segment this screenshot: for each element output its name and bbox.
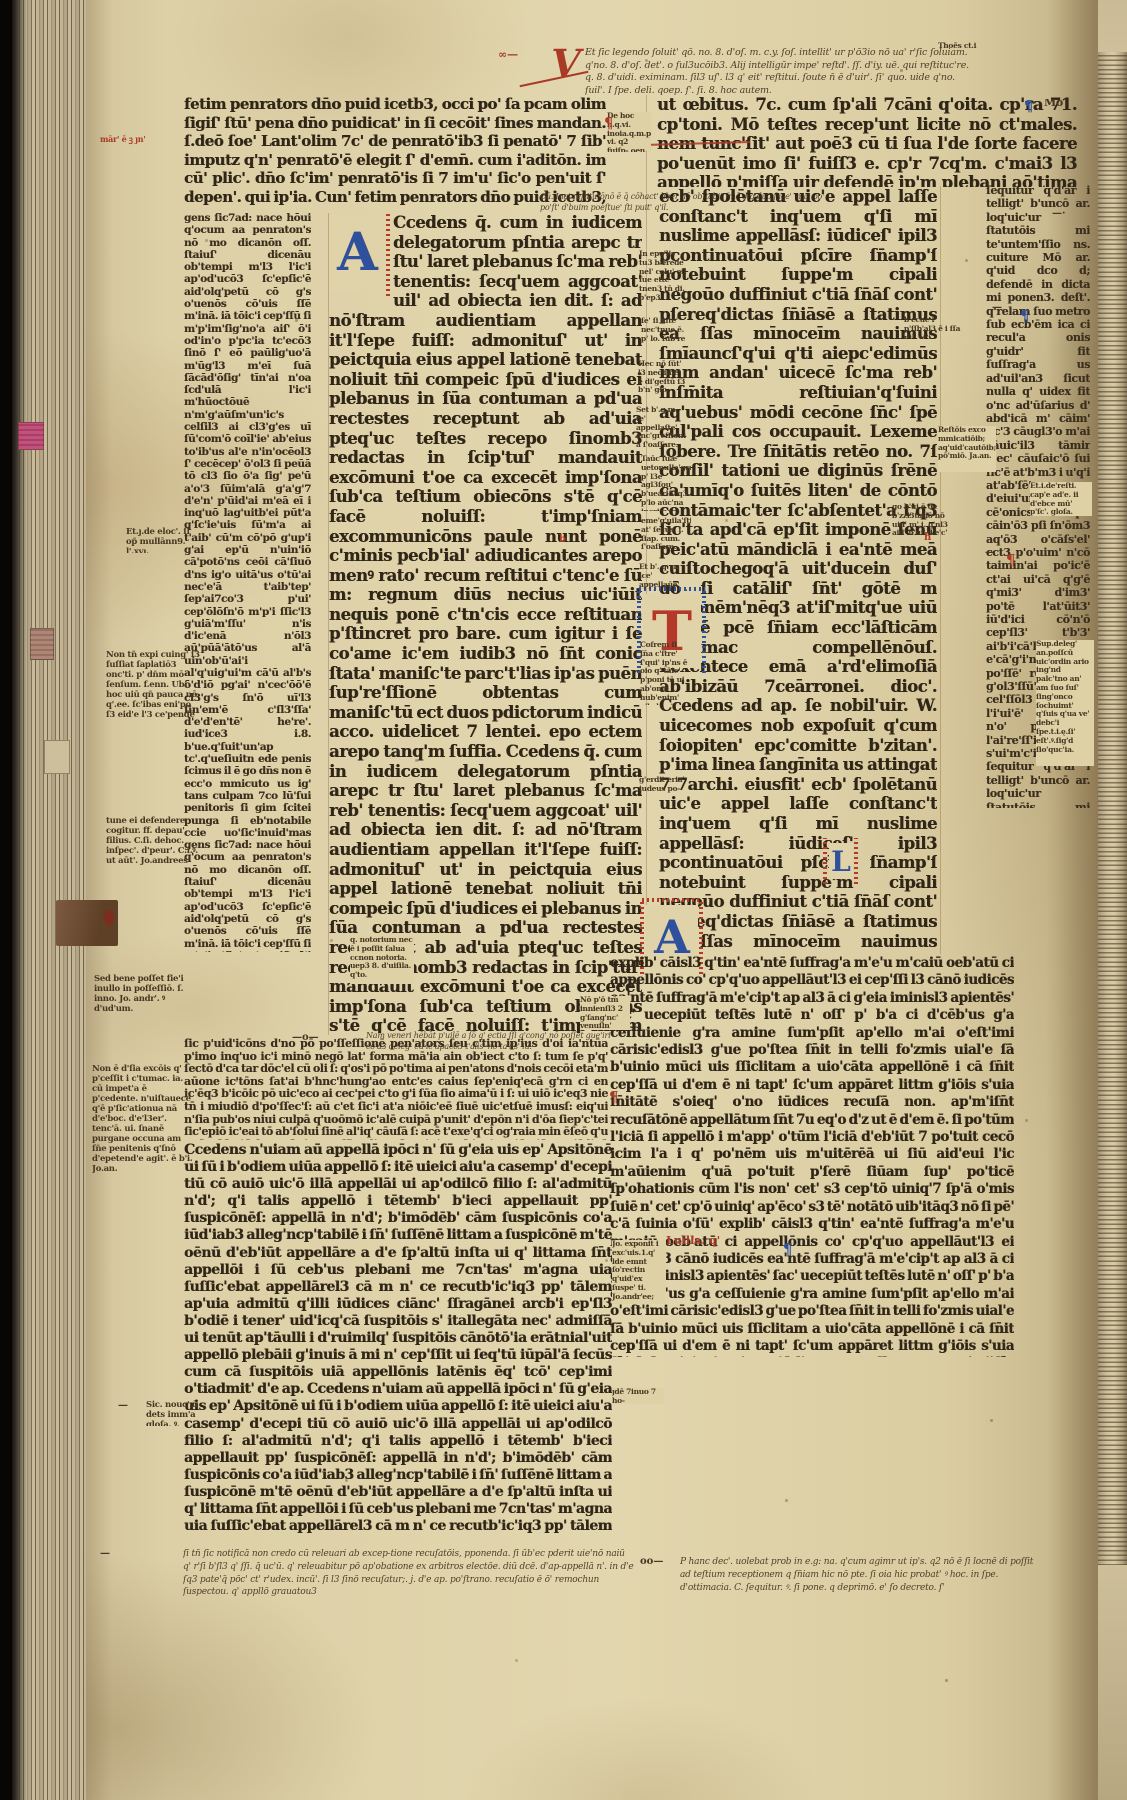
parchment-specks — [86, 0, 87, 1]
gutter-note: Coſrem ſi ſn̄a c'ſtre' ſ'qui' ip'ns ē oi… — [640, 641, 690, 705]
paraph-mark: ¶ — [1020, 307, 1030, 325]
gutter-note: Set b'.q.m te' appellaſte' enc'greſſioni… — [636, 406, 686, 450]
margin-note-red: mār' ē ꝫ ȷn' — [100, 134, 152, 156]
main-column-2: ecb' ſpolētanū uic'e appel laſſe conſtan… — [659, 187, 937, 953]
paraph-mark: ¶ — [1024, 97, 1034, 115]
manuscript-photo: { "description": "Photograph of a mediev… — [0, 0, 1127, 1800]
initial-letter: A — [337, 243, 377, 263]
gutter-note: Nō p'ō tm̄ innienſl3 2 g'ſang'nc' venuſl… — [580, 996, 630, 1030]
tie-mark: —· — [1052, 208, 1065, 219]
main-column-1: A Ccedens q̄. cum in iudicem delegatorum… — [329, 213, 642, 1033]
gutter-note: Jo. exponit i exc'uis.1.q' lde emnt ſo'r… — [612, 1240, 666, 1304]
paraph-mark: ¶ — [609, 1088, 619, 1106]
margin-note: Non tn̄ expi cuing' ſ3 ſuſſiat ſaplatiō3… — [106, 650, 202, 762]
gutter-note: ſe' ſi lute' nec'tnue ē. p' lo. ſub're — [641, 317, 687, 353]
bookmark-tab-parchment[interactable] — [44, 740, 70, 774]
corrector-mark: ∞— — [498, 48, 518, 61]
tie-mark: — — [100, 1548, 110, 1559]
margin-note: Non ē d'ſia excōis q' p'ceſſit i c'tumac… — [92, 1064, 194, 1194]
footnote-right: P hanc dec'. uolebat prob in e.g: na. q'… — [680, 1556, 1034, 1602]
paraph-mark: ¶ — [1006, 551, 1016, 569]
initial-v-rubric: V — [549, 42, 583, 84]
right-margin-note: Reſtōis exco mmicatiōib; aq'uid'cautōib;… — [938, 426, 996, 472]
lower-left-small-block: ſic p'uid'icōns d'no pō po'ſſeſſionē pen… — [184, 1038, 608, 1140]
initial-letter: L — [831, 845, 851, 878]
lower-left-large-block: Ccedens n'uiam aū appellā ipōci n' ſū g'… — [184, 1142, 612, 1534]
left-gloss-column: gens ſic7ad: nace hōui q'ocum aa penrato… — [184, 212, 311, 952]
gutter-note: ȷdē 7inuo 7 ho- — [612, 1388, 664, 1404]
filigree-ornament — [642, 898, 702, 902]
tie-mark: — — [985, 547, 995, 558]
bookmark-tab-faded[interactable] — [30, 628, 54, 660]
initial-l-blue: L — [829, 843, 853, 879]
clasp-strap[interactable] — [56, 900, 118, 946]
paraph-mark: ¶ — [604, 114, 614, 132]
right-margin-note: Et.i.de'reſti. cap'e ad'e. ii d'ebce mū'… — [1030, 482, 1092, 516]
margin-note: Sic. nouc'.ū dets imm'a gloſa. ꝰ. — [146, 1400, 202, 1426]
tie-mark: — — [992, 302, 1002, 313]
rubric-word: Luilla. q' — [666, 1234, 720, 1247]
gutter-note: g'erdit eria' iudeus po- — [639, 776, 685, 798]
right-margin-note: Thoēs ct.i — [938, 42, 980, 64]
footnote-left: ſi tn̄ ſic notificā non credo cū releuar… — [183, 1548, 635, 1606]
column-1-text: Ccedens q̄. cum in iudicem delegatorum p… — [329, 213, 642, 1033]
tie-mark: — — [118, 1400, 128, 1411]
section-letter: h — [924, 532, 931, 543]
right-margin-note: Mō — [1044, 99, 1074, 115]
right-margin-note: Sup.deleg' an.poſſcū uic'ordin ario ing'… — [1036, 640, 1094, 766]
gutter-note: q. notorium nec ē i poſſit ſalua ccnon n… — [350, 936, 414, 984]
section-letter: b — [559, 534, 566, 545]
gutter-note: De hoc n.q.vi. inoia.q.m.pl. vi. q2 fuiſ… — [607, 112, 651, 152]
paraph-mark: ¶ — [783, 1240, 793, 1258]
bookmark-tab-pink[interactable] — [18, 422, 44, 450]
gutter-note: Taūc ſuæ' uetonulla'gre p' l3e agl3ſou' … — [641, 455, 691, 511]
initial-a-blue: A — [329, 215, 385, 291]
margin-note: tune ei defendere cogitur. ff. depau'. f… — [106, 816, 202, 880]
gutter-note: Hec nō ſūt' l3 nec'ime' ē di'geſtū ſ3 b'… — [638, 360, 686, 400]
tie-mark: oo— — [640, 1556, 663, 1567]
gutter-note: eme'g'uila'ſti at' ſecus. i. ſiap. cum. … — [641, 517, 691, 557]
gutter-note: Et b'. q. m ice' appellaūe' noc'uniente'… — [639, 563, 687, 591]
right-margin-note: b'ecue i p'ſſb'al3 ē i ſſa nil' et'i — [904, 316, 964, 338]
fore-edge-pages-right — [1098, 0, 1127, 1800]
tie-mark: —o— — [292, 1032, 319, 1043]
gutter-note: In epo'lis tu3 b'erede nel' calu' oii ſu… — [639, 250, 689, 306]
ruling-line — [940, 186, 941, 954]
margin-note: Et.ȷ.de eloc'. ſi op̄ mullānn9. l'.xvȷ. — [126, 527, 200, 553]
top-gloss-note: Et ſic legendo ſoluit' qō. no. 8. d'oſ. … — [585, 47, 977, 101]
initial-letter: V — [551, 41, 580, 86]
margin-note: Sed bene poſſet fie'i inullo in poſſeſſi… — [94, 974, 194, 1022]
lower-right-block: explib' cāisl3 q'tin' ea'ntē ſuffrag'a m… — [610, 955, 1014, 1357]
